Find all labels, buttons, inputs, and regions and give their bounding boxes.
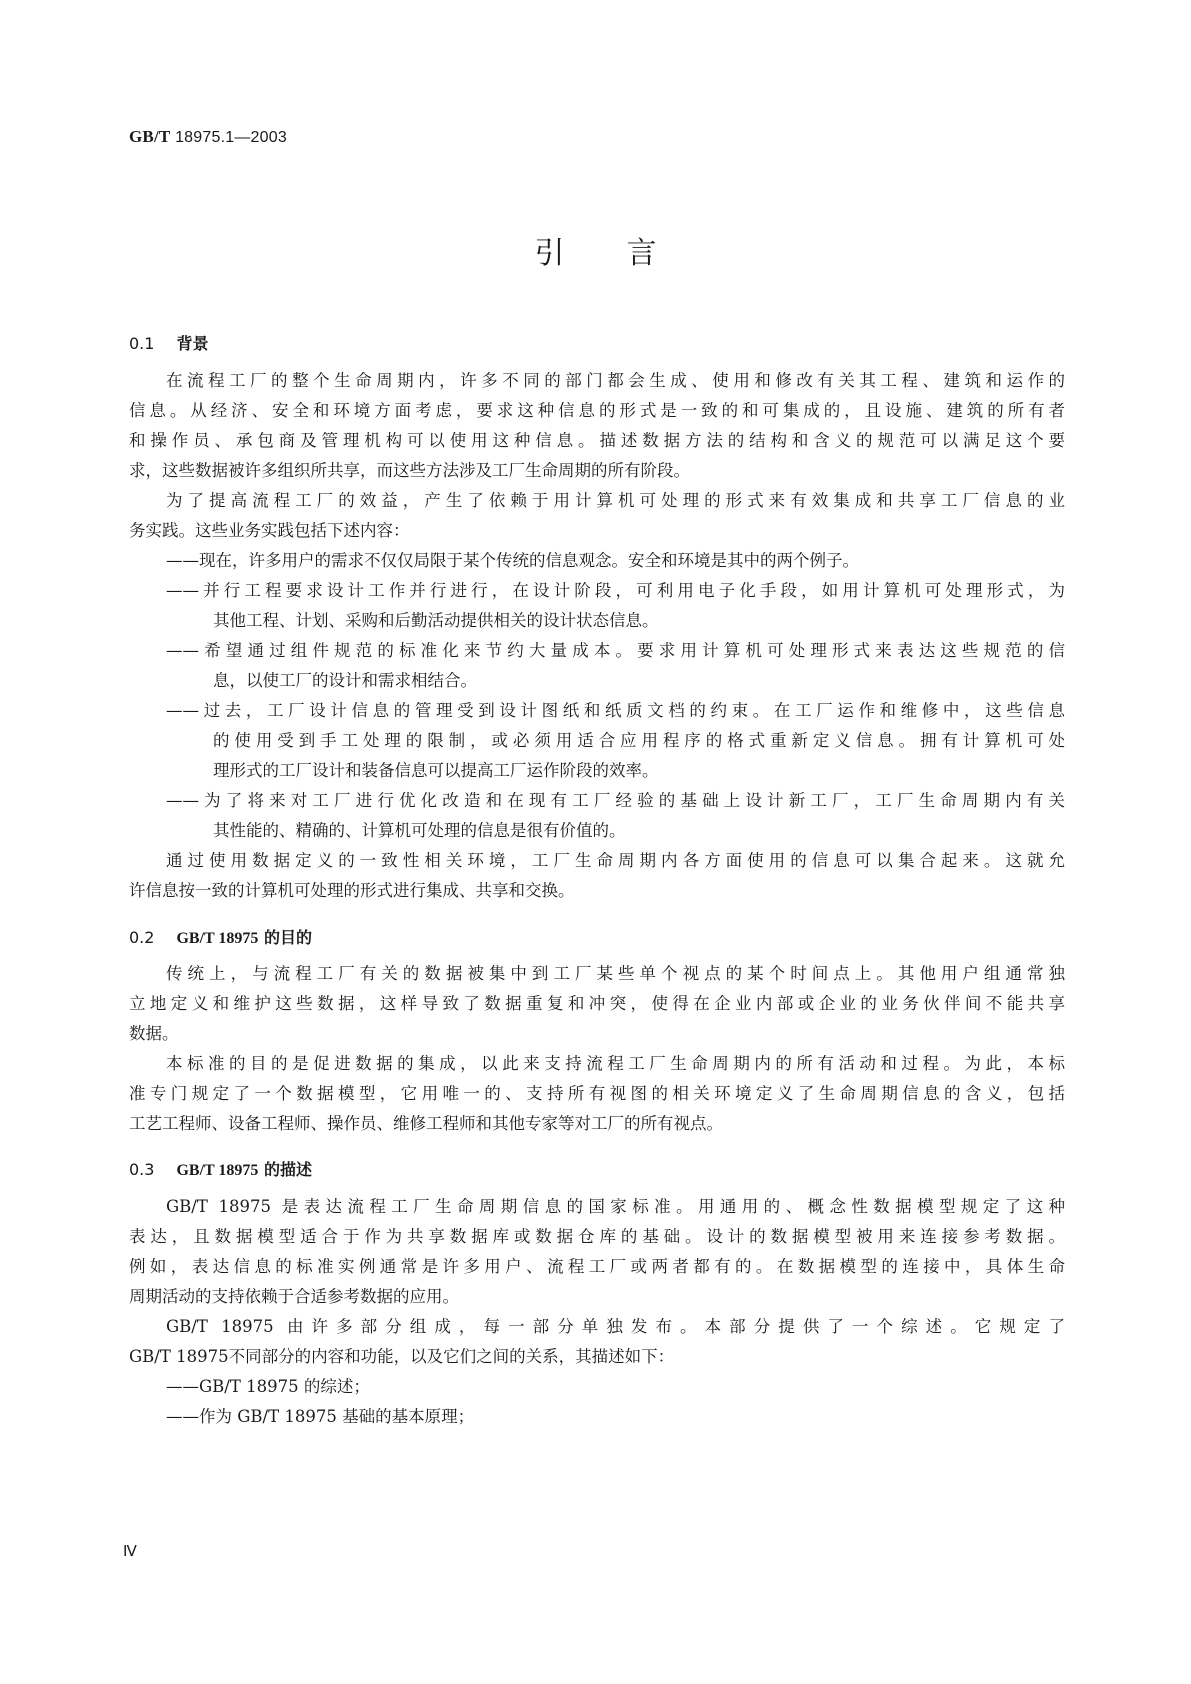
paragraph-line: 准专门规定了一个数据模型，它用唯一的、支持所有视图的相关环境定义了生命周期信息的… [129, 1086, 1065, 1103]
paragraph-line: 传统上，与流程工厂有关的数据被集中到工厂某些单个视点的某个时间点上。其他用户组通… [166, 966, 1065, 983]
page-title: 引言 [0, 228, 1191, 272]
paragraph-line: 表达，且数据模型适合于作为共享数据库或数据仓库的基础。设计的数据模型被用来连接参… [129, 1229, 1065, 1246]
paragraph-line: GB/T 18975不同部分的内容和功能，以及它们之间的关系，其描述如下： [129, 1349, 1065, 1366]
section-heading-0-3: 0.3GB/T 18975 的描述 [129, 1157, 312, 1180]
list-item: ——GB/T 18975 的综述； [166, 1379, 1065, 1396]
section-title: 背景 [176, 334, 208, 353]
paragraph-line: 周期活动的支持依赖于合适参考数据的应用。 [129, 1289, 1065, 1306]
paragraph-line: 在流程工厂的整个生命周期内，许多不同的部门都会生成、使用和修改有关其工程、建筑和… [166, 373, 1065, 390]
list-item: ——并行工程要求设计工作并行进行，在设计阶段，可利用电子化手段，如用计算机可处理… [166, 583, 1065, 600]
paragraph-line: 通过使用数据定义的一致性相关环境，工厂生命周期内各方面使用的信息可以集合起来。这… [166, 853, 1065, 870]
standard-number: 18975.1—2003 [170, 129, 286, 146]
paragraph-line: 立地定义和维护这些数据，这样导致了数据重复和冲突，使得在企业内部或企业的业务伙伴… [129, 996, 1065, 1013]
list-item-continuation: 其他工程、计划、采购和后勤活动提供相关的设计状态信息。 [213, 613, 1065, 630]
section-number: 0.2 [129, 928, 154, 947]
list-item: ——希望通过组件规范的标准化来节约大量成本。要求用计算机可处理形式来表达这些规范… [166, 643, 1065, 660]
paragraph-line: 许信息按一致的计算机可处理的形式进行集成、共享和交换。 [129, 883, 1065, 900]
paragraph-line: 数据。 [129, 1026, 1065, 1043]
section-title: 的目的 [258, 928, 312, 947]
paragraph-line: 本标准的目的是促进数据的集成，以此来支持流程工厂生命周期内的所有活动和过程。为此… [166, 1056, 1065, 1073]
paragraph-line: 为了提高流程工厂的效益，产生了依赖于用计算机可处理的形式来有效集成和共享工厂信息… [166, 493, 1065, 510]
section-heading-0-1: 0.1背景 [129, 331, 208, 354]
paragraph-line: 务实践。这些业务实践包括下述内容： [129, 523, 1065, 540]
standard-prefix: GB/T [129, 127, 170, 146]
section-title-code: GB/T 18975 [176, 930, 258, 947]
standard-code: GB/T 18975.1—2003 [129, 127, 287, 147]
paragraph-line: 工艺工程师、设备工程师、操作员、维修工程师和其他专家等对工厂的所有视点。 [129, 1116, 1065, 1133]
section-title: 的描述 [258, 1160, 312, 1179]
paragraph-line: 例如，表达信息的标准实例通常是许多用户、流程工厂或两者都有的。在数据模型的连接中… [129, 1259, 1065, 1276]
list-item: ——现在，许多用户的需求不仅仅局限于某个传统的信息观念。安全和环境是其中的两个例… [166, 553, 1065, 570]
paragraph-line: 求，这些数据被许多组织所共享，而这些方法涉及工厂生命周期的所有阶段。 [129, 463, 1065, 480]
paragraph-line: GB/T 18975 由许多部分组成，每一部分单独发布。本部分提供了一个综述。它… [166, 1319, 1065, 1336]
list-item: ——过去，工厂设计信息的管理受到设计图纸和纸质文档的约束。在工厂运作和维修中，这… [166, 703, 1065, 720]
list-item-continuation: 息，以使工厂的设计和需求相结合。 [213, 673, 1065, 690]
section-title-code: GB/T 18975 [176, 1162, 258, 1179]
paragraph-line: 信息。从经济、安全和环境方面考虑，要求这种信息的形式是一致的和可集成的，且设施、… [129, 403, 1065, 420]
list-item-continuation: 理形式的工厂设计和装备信息可以提高工厂运作阶段的效率。 [213, 763, 1065, 780]
page-number: Ⅳ [123, 1542, 137, 1561]
section-heading-0-2: 0.2GB/T 18975 的目的 [129, 925, 312, 948]
paragraph-line: 和操作员、承包商及管理机构可以使用这种信息。描述数据方法的结构和含义的规范可以满… [129, 433, 1065, 450]
list-item-continuation: 的使用受到手工处理的限制，或必须用适合应用程序的格式重新定义信息。拥有计算机可处 [213, 733, 1065, 750]
paragraph-line: GB/T 18975 是表达流程工厂生命周期信息的国家标准。用通用的、概念性数据… [166, 1199, 1065, 1216]
list-item-continuation: 其性能的、精确的、计算机可处理的信息是很有价值的。 [213, 823, 1065, 840]
list-item: ——作为 GB/T 18975 基础的基本原理； [166, 1409, 1065, 1426]
section-number: 0.3 [129, 1160, 154, 1179]
list-item: ——为了将来对工厂进行优化改造和在现有工厂经验的基础上设计新工厂，工厂生命周期内… [166, 793, 1065, 810]
section-number: 0.1 [129, 334, 154, 353]
